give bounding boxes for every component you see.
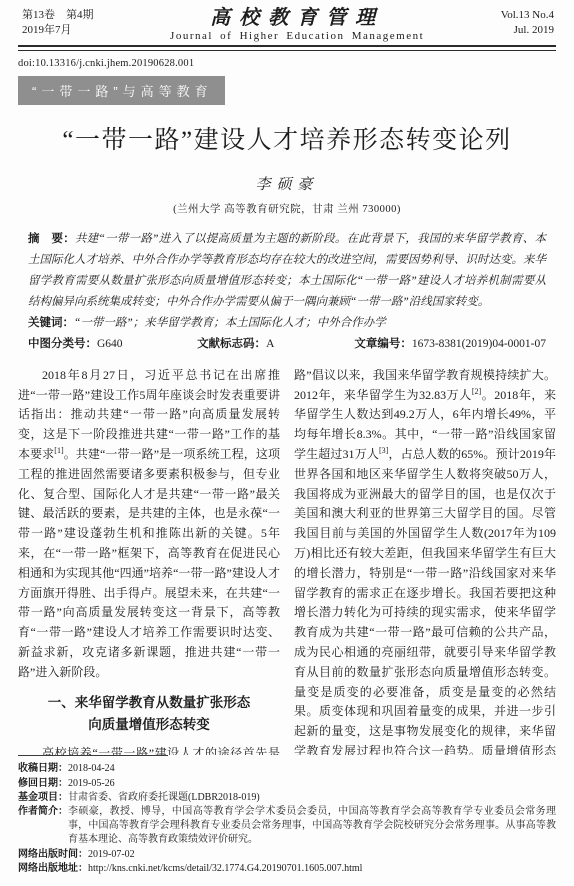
author-affiliation: (兰州大学 高等教育研究院，甘肃 兰州 730000)	[18, 201, 556, 216]
abstract-text: 共建“一带一路”进入了以提高质量为主题的新阶段。在此背景下，我国的来华留学教育、…	[28, 233, 546, 308]
footnote-revised-date: 修回日期： 2019-05-26	[18, 777, 556, 791]
footnote-online-publish-time: 网络出版时间： 2019-07-02	[18, 848, 556, 862]
column-banner: “一带一路”与高等教育	[18, 76, 225, 105]
section-1-heading-line-1: 一、来华留学教育从数量扩张形态	[18, 692, 280, 714]
abstract-label: 摘 要：	[28, 233, 75, 245]
keywords-text: “一带一路”；来华留学教育；本土国际化人才；中外合作办学	[74, 317, 386, 329]
article-title: “一带一路”建设人才培养形态转变论列	[18, 125, 556, 157]
article-body: 2018年8月27日，习近平总书记在出席推进“一带一路”建设工作5周年座谈会时发…	[18, 366, 556, 756]
first-page-footnotes: 收稿日期： 2018-04-24 修回日期： 2019-05-26 基金项目： …	[18, 755, 556, 876]
keywords: 关键词：“一带一路”；来华留学教育；本土国际化人才；中外合作办学	[28, 313, 546, 334]
section-1-heading: 一、来华留学教育从数量扩张形态 向质量增值形态转变	[18, 692, 280, 736]
article-meta: 中图分类号：G640 文献标志码：A 文章编号：1673-8381(2019)0…	[28, 334, 546, 355]
footnote-received-date: 收稿日期： 2018-04-24	[18, 762, 556, 776]
footnote-online-publish-url: 网络出版地址： http://kns.cnki.net/kcms/detail/…	[18, 862, 556, 876]
issue-info-en: Vol.13 No.4 Jul. 2019	[501, 8, 556, 38]
column-banner-row: “一带一路”与高等教育	[18, 76, 556, 105]
article-id: 文章编号：1673-8381(2019)04-0001-07	[354, 334, 546, 355]
document-code: 文献标志码：A	[197, 334, 354, 355]
footnote-fund-project: 基金项目： 甘肃省委、省政府委托课题(LDBR2018-019)	[18, 791, 556, 805]
journal-masthead: 高校教育管理 Journal of Higher Education Manag…	[94, 8, 501, 42]
footnote-author-bio: 作者简介： 李硕豪，教授、博导，中国高等教育学会学术委员会委员，中国高等教育学会…	[18, 805, 556, 848]
issue-volume-cn: 第13卷 第4期	[22, 8, 94, 23]
issue-volume-en: Vol.13 No.4	[501, 8, 554, 23]
keywords-label: 关键词：	[28, 317, 74, 329]
journal-header: 第13卷 第4期 2019年7月 高校教育管理 Journal of Highe…	[18, 8, 556, 42]
online-publish-url: http://kns.cnki.net/kcms/detail/32.1774.…	[88, 862, 556, 876]
footnote-divider-rule	[18, 755, 168, 756]
issue-info-cn: 第13卷 第4期 2019年7月	[18, 8, 94, 38]
journal-title-en: Journal of Higher Education Management	[94, 30, 501, 42]
issue-date-cn: 2019年7月	[22, 23, 94, 38]
section-1-heading-line-2: 向质量增值形态转变	[18, 714, 280, 736]
header-divider-rule	[18, 45, 556, 51]
author-name: 李硕豪	[18, 173, 556, 194]
journal-title-calligraphy: 高校教育管理	[94, 8, 501, 28]
clc-number: 中图分类号：G640	[28, 334, 197, 355]
doi-line: doi:10.13316/j.cnki.jhem.20190628.001	[18, 58, 556, 69]
issue-date-en: Jul. 2019	[501, 23, 554, 38]
body-paragraph-1: 2018年8月27日，习近平总书记在出席推进“一带一路”建设工作5周年座谈会时发…	[18, 366, 280, 683]
journal-page: 第13卷 第4期 2019年7月 高校教育管理 Journal of Highe…	[0, 0, 574, 886]
abstract: 摘 要：共建“一带一路”进入了以提高质量为主题的新阶段。在此背景下，我国的来华留…	[28, 229, 546, 313]
